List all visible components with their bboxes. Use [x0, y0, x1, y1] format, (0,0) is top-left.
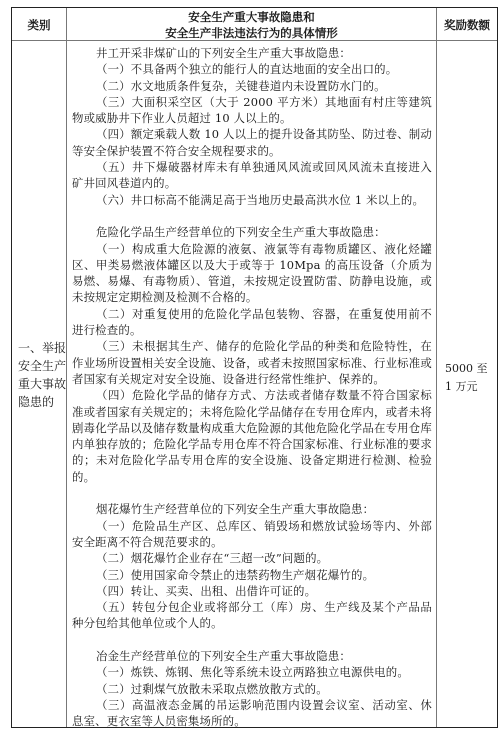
list-item: （一）不具备两个独立的能行人的直达地面的安全出口的。	[72, 61, 432, 77]
list-item: （三）使用国家命令禁止的违禁药物生产烟花爆竹的。	[72, 567, 432, 583]
header-situation: 安全生产重大事故隐患和 安全生产非法违法行为的具体情形	[67, 8, 436, 41]
header-situation-line1: 安全生产重大事故隐患和	[188, 9, 315, 25]
category-cell: 一、举报安全生产重大事故隐患的	[12, 339, 66, 411]
list-item: （二）水文地质条件复杂，关键巷道内未设置防水门的。	[72, 78, 432, 94]
situation-cell: 井工开采非煤矿山的下列安全生产重大事故隐患： （一）不具备两个独立的能行人的直达…	[67, 45, 437, 729]
list-item: （二）烟花爆竹企业存在“三超一改”问题的。	[72, 550, 432, 566]
list-item: （四）危险化学品的储存方式、方法或者储存数量不符合国家标准或者国家有关规定的；未…	[72, 387, 432, 485]
section-intro: 烟花爆竹生产经营单位的下列安全生产重大事故隐患：	[72, 501, 432, 517]
list-item: （一）危险品生产区、总库区、销毁场和燃放试验场等内、外部安全距离不符合规范要求的…	[72, 518, 432, 551]
list-item: （三）未根据其生产、储存的危险化学品的种类和危险特性，在作业场所设置相关安全设施…	[72, 338, 432, 387]
list-item: （五）转包分包企业或将部分工（库）房、生产线及某个产品品种分包给其他单位或个人的…	[72, 599, 432, 632]
list-item: （三）高温液态金属的吊运影响范围内设置会议室、活动室、休息室、更衣室等人员密集场…	[72, 697, 432, 730]
hazard-reward-table: 类别 安全生产重大事故隐患和 安全生产非法违法行为的具体情形 奖励数额 一、举报…	[11, 7, 498, 728]
list-item: （五）井下爆破器材库未有单独通风风流或回风风流未直接进入矿井回风巷道内的。	[72, 159, 432, 192]
list-item: （一）炼铁、炼钢、焦化等系统未设立两路独立电源供电的。	[72, 664, 432, 680]
section-gap	[72, 485, 432, 501]
section-gap	[72, 208, 432, 224]
reward-cell: 5000 至 1 万元	[437, 360, 497, 396]
section-intro: 井工开采非煤矿山的下列安全生产重大事故隐患：	[72, 45, 432, 61]
list-item: （四）额定乘载人数 10 人以上的提升设备其防坠、防过卷、制动等安全保护装置不符…	[72, 126, 432, 159]
list-item: （一）构成重大危险源的液氨、液氯等有毒物质罐区、液化烃罐区、甲类易燃液体罐区以及…	[72, 241, 432, 306]
section-intro: 危险化学品生产经营单位的下列安全生产重大事故隐患：	[72, 224, 432, 240]
section-intro: 冶金生产经营单位的下列安全生产重大事故隐患：	[72, 648, 432, 664]
header-reward: 奖励数额	[437, 8, 497, 41]
section-gap	[72, 632, 432, 648]
header-situation-line2: 安全生产非法违法行为的具体情形	[165, 25, 338, 41]
list-item: （三）大面积采空区（大于 2000 平方米）其地面有村庄等建筑物或威胁井下作业人…	[72, 94, 432, 127]
header-category: 类别	[12, 8, 66, 41]
list-item: （二）对重复使用的危险化学品包装物、容器，在重复使用前不进行检查的。	[72, 306, 432, 339]
list-item: （六）井口标高不能满足高于当地历史最高洪水位 1 米以上的。	[72, 192, 432, 208]
list-item: （四）转让、买卖、出租、出借许可证的。	[72, 583, 432, 599]
list-item: （二）过剩煤气放散未采取点燃放散方式的。	[72, 681, 432, 697]
